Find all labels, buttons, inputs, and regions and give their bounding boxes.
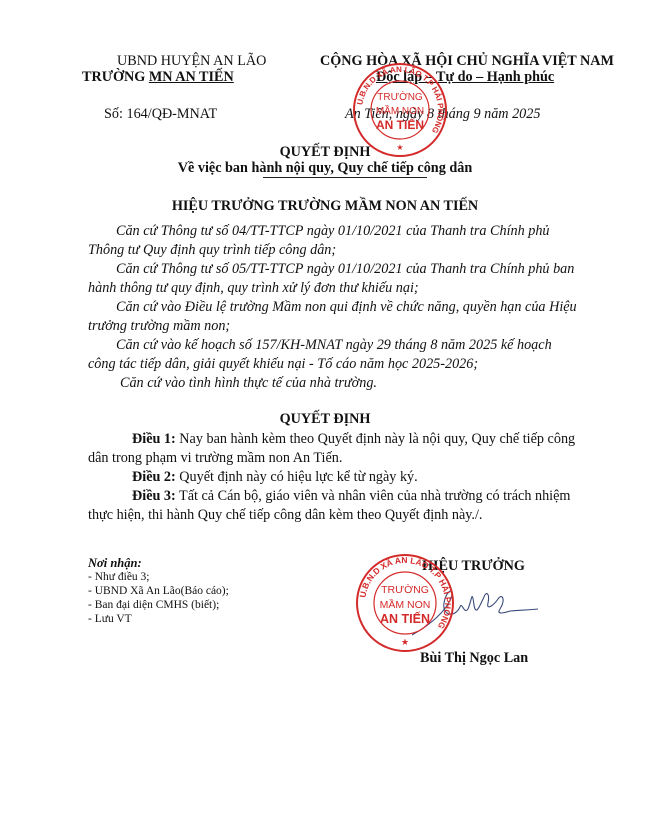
basis-text: Căn cứ Thông tư số 05/TT-TTCP ngày 01/10… (116, 261, 574, 277)
subject-underline (263, 177, 427, 178)
school-seal-signature-icon: U.B.N.D XÃ AN LÃO T.P HẢI PHÒNG TRƯỜNG M… (355, 553, 455, 653)
article-2: Điều 2: Quyết định này có hiệu lực kể từ… (88, 468, 608, 487)
agency-name: UBND HUYỆN AN LÃO (117, 53, 266, 70)
svg-text:★: ★ (396, 143, 403, 152)
school-prefix: TRƯỜNG (82, 69, 149, 85)
svg-text:TRƯỜNG: TRƯỜNG (377, 90, 423, 103)
legal-basis-2: Căn cứ Thông tư số 05/TT-TTCP ngày 01/10… (88, 260, 608, 298)
article-label: Điều 2: (132, 469, 176, 485)
basis-text: hành thông tư quy định, quy trình xử lý … (88, 280, 419, 296)
recipient-item: - UBND Xã An Lão(Báo cáo); (88, 584, 229, 598)
document-number: Số: 164/QĐ-MNAT (104, 106, 217, 123)
svg-text:AN TIẾN: AN TIẾN (380, 611, 430, 626)
basis-text: Căn cứ vào Điều lệ trường Mầm non qui đị… (116, 299, 577, 315)
article-3: Điều 3: Tất cả Cán bộ, giáo viên và nhân… (88, 487, 608, 525)
svg-text:TRƯỜNG: TRƯỜNG (381, 583, 429, 596)
basis-text: Căn cứ vào kế hoạch số 157/KH-MNAT ngày … (116, 337, 552, 353)
basis-text: Thông tư Quy định quy trình tiếp công dâ… (88, 242, 336, 258)
recipient-item: - Như điều 3; (88, 570, 229, 584)
school-name-underlined: MN AN TIẾN (149, 69, 234, 85)
article-text: Quyết định này có hiệu lực kể từ ngày ký… (176, 469, 418, 485)
basis-text: Căn cứ vào tình hình thực tế của nhà trư… (120, 375, 377, 391)
svg-text:MẦM NON: MẦM NON (376, 104, 424, 117)
article-1: Điều 1: Nay ban hành kèm theo Quyết định… (88, 430, 608, 468)
recipients-block: Nơi nhận: - Như điều 3; - UBND Xã An Lão… (88, 556, 229, 626)
decision-heading: QUYẾT ĐỊNH (0, 411, 650, 428)
article-label: Điều 1: (132, 431, 176, 447)
decision-title: QUYẾT ĐỊNH (0, 144, 650, 161)
recipient-item: - Ban đại diện CMHS (biết); (88, 598, 229, 612)
svg-text:AN TIẾN: AN TIẾN (376, 117, 424, 132)
basis-text: trưởng trường mầm non; (88, 318, 230, 334)
article-text: dân trong phạm vi trường mầm non An Tiến… (88, 450, 342, 466)
school-name: TRƯỜNG MN AN TIẾN (82, 69, 234, 86)
svg-text:★: ★ (401, 637, 409, 647)
issuing-authority: HIỆU TRƯỞNG TRƯỜNG MẦM NON AN TIẾN (0, 198, 650, 215)
legal-basis-3: Căn cứ vào Điều lệ trường Mầm non qui đị… (88, 298, 608, 336)
article-text: Tất cả Cán bộ, giáo viên và nhân viên củ… (176, 488, 571, 504)
article-label: Điều 3: (132, 488, 176, 504)
article-text: Nay ban hành kèm theo Quyết định này là … (176, 431, 575, 447)
basis-text: Căn cứ Thông tư số 04/TT-TTCP ngày 01/10… (116, 223, 550, 239)
school-seal-icon: U.B.N.D XÃ AN LÃO T.P HẢI PHÒNG TRƯỜNG M… (352, 62, 448, 158)
basis-text: công tác tiếp dân, giải quyết khiếu nại … (88, 356, 478, 372)
article-text: thực hiện, thi hành Quy chế tiếp công dâ… (88, 507, 482, 523)
recipients-label: Nơi nhận: (88, 556, 229, 570)
decision-subject: Về việc ban hành nội quy, Quy chế tiếp c… (0, 160, 650, 177)
legal-basis-4: Căn cứ vào kế hoạch số 157/KH-MNAT ngày … (88, 336, 608, 374)
svg-text:MẦM NON: MẦM NON (380, 598, 431, 611)
legal-basis-1: Căn cứ Thông tư số 04/TT-TTCP ngày 01/10… (88, 222, 608, 260)
legal-basis-5: Căn cứ vào tình hình thực tế của nhà trư… (88, 374, 608, 393)
recipient-item: - Lưu VT (88, 612, 229, 626)
